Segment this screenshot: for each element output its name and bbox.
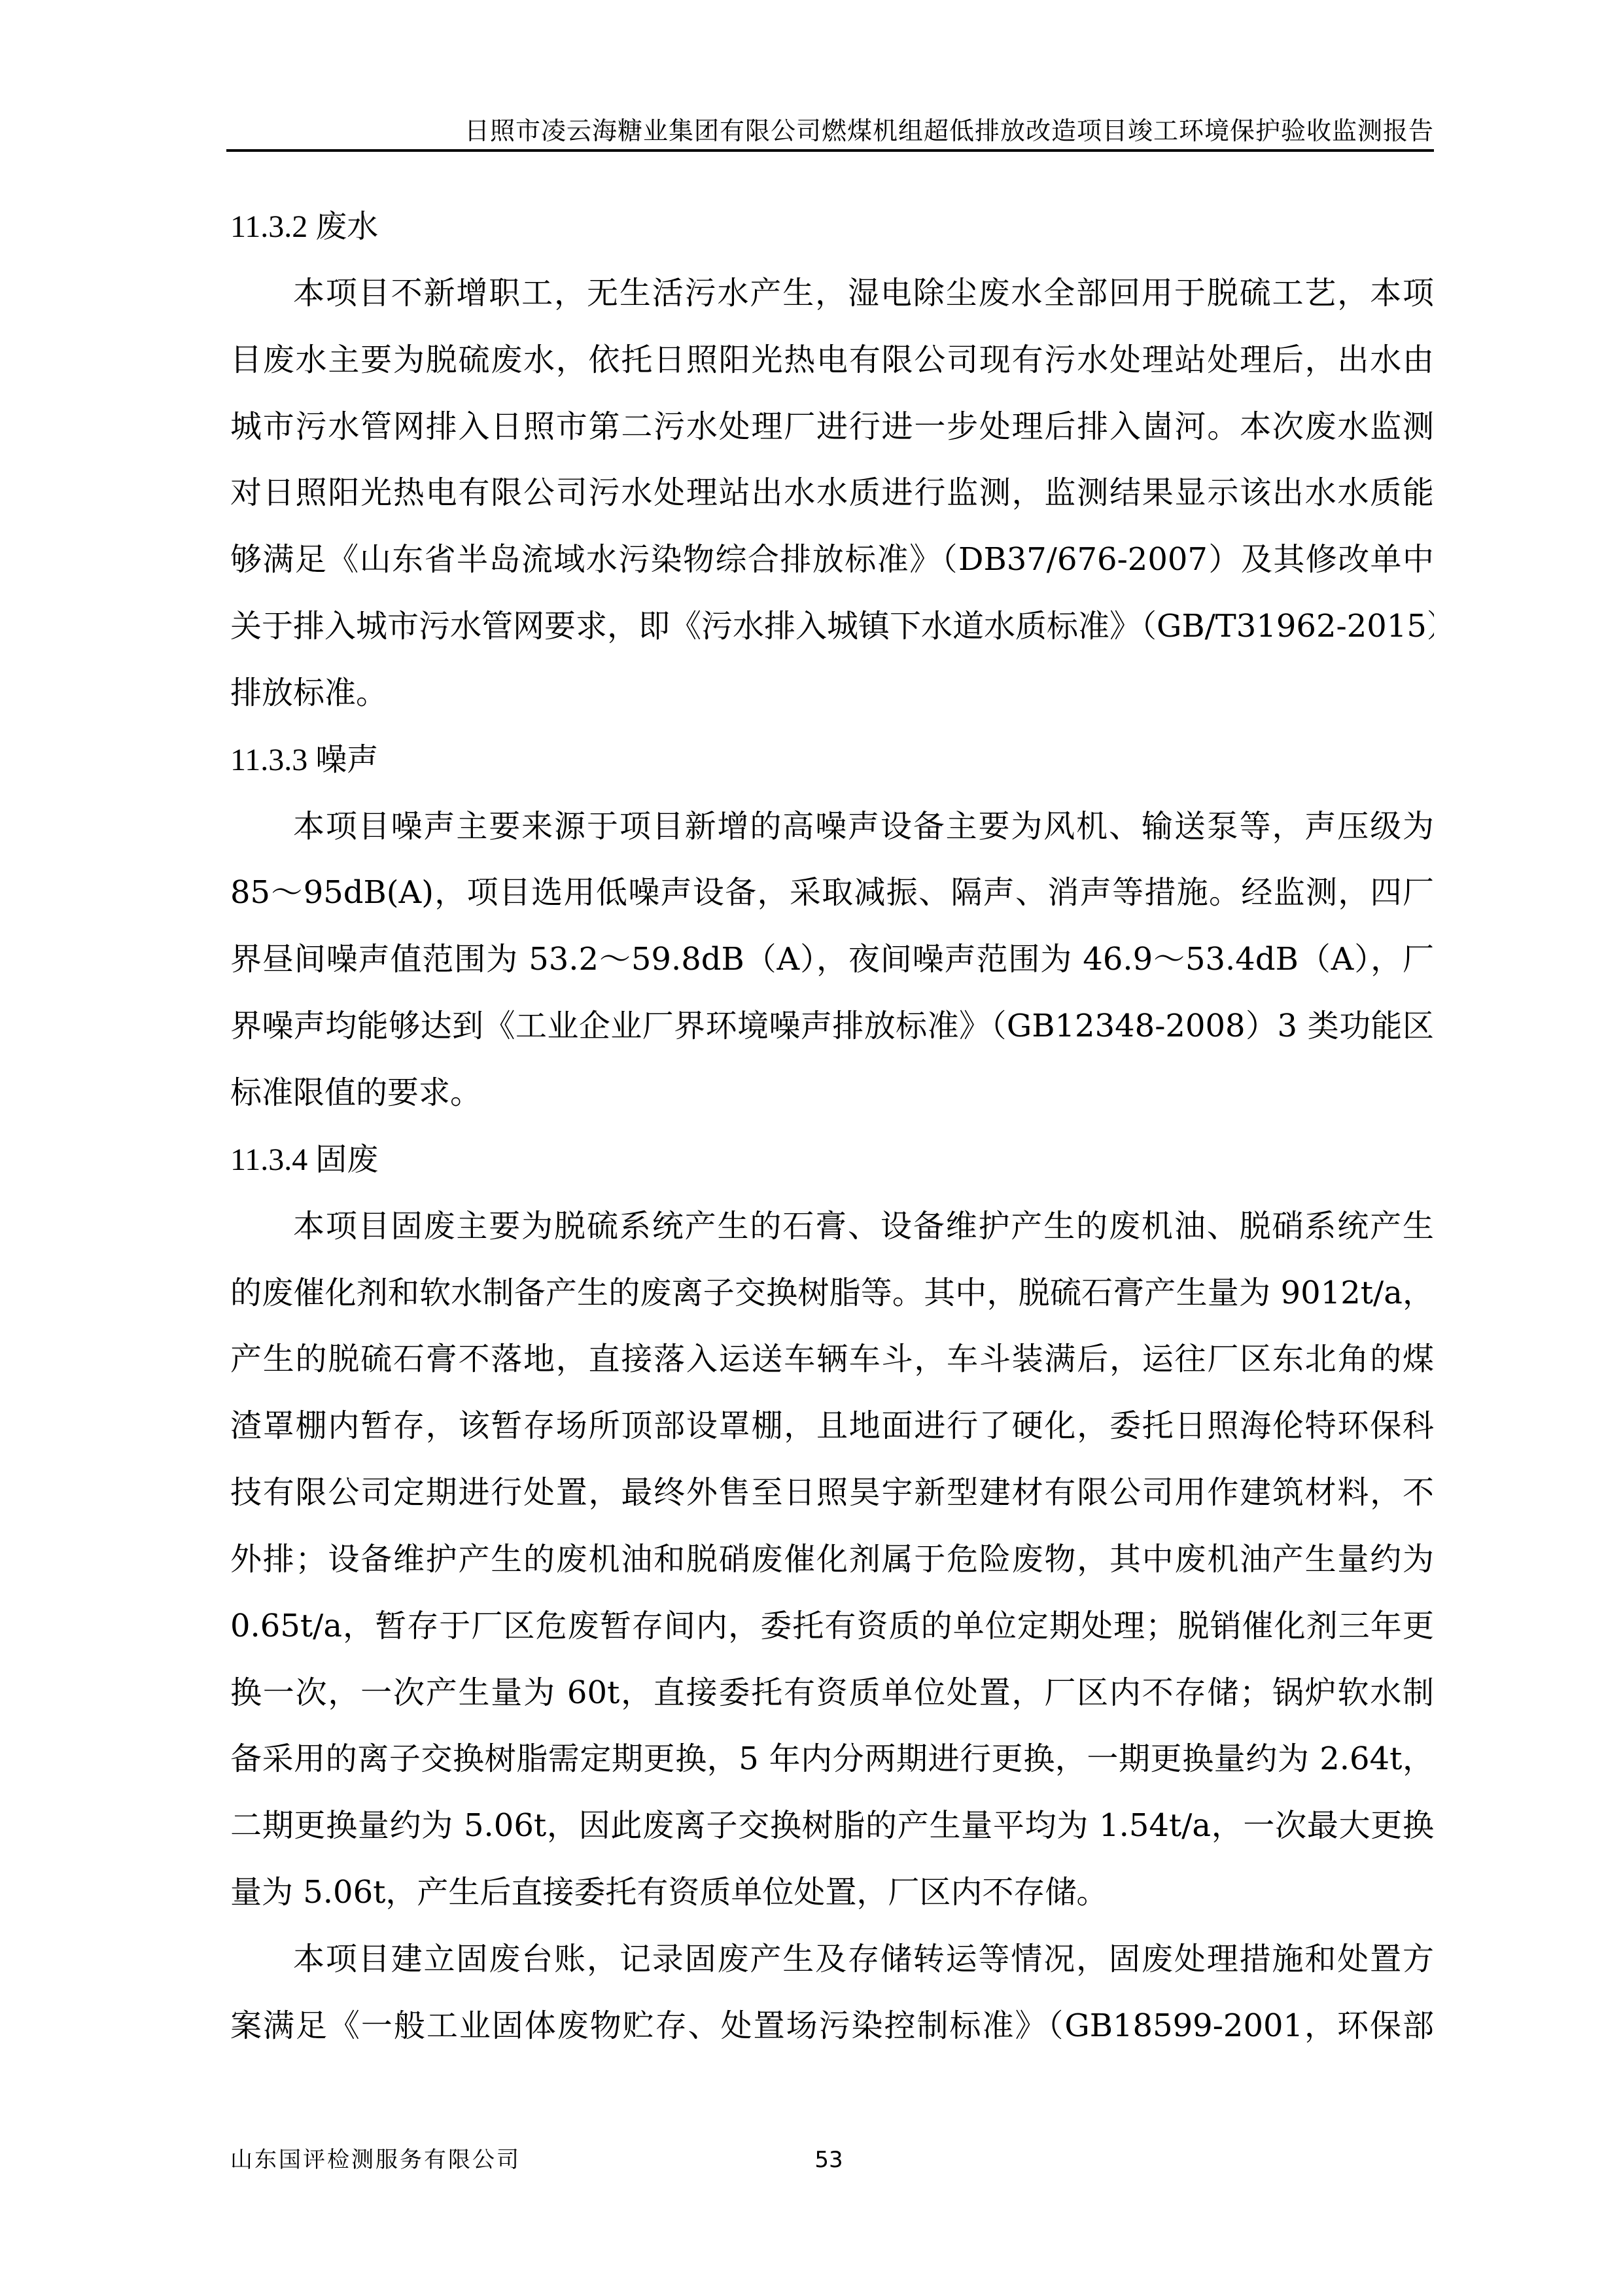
- text-line: 对日照阳光热电有限公司污水处理站出水水质进行监测，监测结果显示该出水水质能: [230, 460, 1434, 527]
- text-line: 本项目不新增职工，无生活污水产生，湿电除尘废水全部回用于脱硫工艺，本项: [230, 260, 1434, 327]
- text-line: 量为 5.06t，产生后直接委托有资质单位处置，厂区内不存储。: [230, 1860, 1434, 1926]
- section-title: 噪声: [315, 741, 378, 778]
- document-body: 11.3.2废水 本项目不新增职工，无生活污水产生，湿电除尘废水全部回用于脱硫工…: [230, 194, 1434, 2060]
- section-heading: 11.3.2废水: [230, 194, 1434, 260]
- section-title: 固废: [315, 1141, 378, 1178]
- text-line: 目废水主要为脱硫废水，依托日照阳光热电有限公司现有污水处理站处理后，出水由: [230, 327, 1434, 394]
- text-line: 城市污水管网排入日照市第二污水处理厂进行进一步处理后排入崮河。本次废水监测: [230, 394, 1434, 461]
- section-number: 11.3.3: [230, 743, 307, 777]
- section-heading: 11.3.3噪声: [230, 727, 1434, 794]
- paragraph: 本项目固废主要为脱硫系统产生的石膏、设备维护产生的废机油、脱硝系统产生 的废催化…: [230, 1193, 1434, 1926]
- header-divider: [226, 149, 1434, 152]
- text-line: 换一次，一次产生量为 60t，直接委托有资质单位处置，厂区内不存储；锅炉软水制: [230, 1660, 1434, 1727]
- text-line: 0.65t/a，暂存于厂区危废暂存间内，委托有资质的单位定期处理；脱销催化剂三年…: [230, 1593, 1434, 1660]
- text-line: 界昼间噪声值范围为 53.2～59.8dB（A），夜间噪声范围为 46.9～53…: [230, 927, 1434, 993]
- text-line: 本项目噪声主要来源于项目新增的高噪声设备主要为风机、输送泵等，声压级为: [230, 794, 1434, 860]
- footer-company: 山东国评检测服务有限公司: [230, 2144, 521, 2176]
- text-line: 外排；设备维护产生的废机油和脱硝废催化剂属于危险废物，其中废机油产生量约为: [230, 1527, 1434, 1593]
- paragraph: 本项目不新增职工，无生活污水产生，湿电除尘废水全部回用于脱硫工艺，本项 目废水主…: [230, 260, 1434, 727]
- text-line: 关于排入城市污水管网要求，即《污水排入城镇下水道水质标准》（GB/T31962-…: [230, 593, 1434, 660]
- section-noise: 11.3.3噪声 本项目噪声主要来源于项目新增的高噪声设备主要为风机、输送泵等，…: [230, 727, 1434, 1127]
- section-solid-waste: 11.3.4固废 本项目固废主要为脱硫系统产生的石膏、设备维护产生的废机油、脱硝…: [230, 1127, 1434, 2060]
- paragraph: 本项目建立固废台账，记录固废产生及存储转运等情况，固废处理措施和处置方 案满足《…: [230, 1926, 1434, 2060]
- text-line: 排放标准。: [230, 660, 1434, 727]
- paragraph: 本项目噪声主要来源于项目新增的高噪声设备主要为风机、输送泵等，声压级为 85～9…: [230, 794, 1434, 1127]
- section-number: 11.3.2: [230, 209, 307, 244]
- text-line: 本项目固废主要为脱硫系统产生的石膏、设备维护产生的废机油、脱硝系统产生: [230, 1193, 1434, 1260]
- text-line: 产生的脱硫石膏不落地，直接落入运送车辆车斗，车斗装满后，运往厂区东北角的煤: [230, 1326, 1434, 1393]
- section-title: 废水: [315, 208, 378, 245]
- text-line: 案满足《一般工业固体废物贮存、处置场污染控制标准》（GB18599-2001，环…: [230, 1993, 1434, 2060]
- text-line: 够满足《山东省半岛流域水污染物综合排放标准》（DB37/676-2007）及其修…: [230, 527, 1434, 593]
- text-line: 技有限公司定期进行处置，最终外售至日照昊宇新型建材有限公司用作建筑材料，不: [230, 1460, 1434, 1527]
- text-line: 备采用的离子交换树脂需定期更换，5 年内分两期进行更换，一期更换量约为 2.64…: [230, 1726, 1434, 1793]
- running-header: 日照市凌云海糖业集团有限公司燃煤机组超低排放改造项目竣工环境保护验收监测报告: [228, 113, 1434, 149]
- text-line: 本项目建立固废台账，记录固废产生及存储转运等情况，固废处理措施和处置方: [230, 1926, 1434, 1993]
- page-number: 53: [811, 2144, 846, 2176]
- text-line: 渣罩棚内暂存，该暂存场所顶部设罩棚，且地面进行了硬化，委托日照海伦特环保科: [230, 1393, 1434, 1460]
- text-line: 标准限值的要求。: [230, 1060, 1434, 1127]
- section-number: 11.3.4: [230, 1142, 307, 1177]
- text-line: 界噪声均能够达到《工业企业厂界环境噪声排放标准》（GB12348-2008）3 …: [230, 993, 1434, 1060]
- section-heading: 11.3.4固废: [230, 1127, 1434, 1193]
- text-line: 的废催化剂和软水制备产生的废离子交换树脂等。其中，脱硫石膏产生量为 9012t/…: [230, 1260, 1434, 1327]
- text-line: 85～95dB(A)，项目选用低噪声设备，采取减振、隔声、消声等措施。经监测，四…: [230, 860, 1434, 927]
- text-line: 二期更换量约为 5.06t，因此废离子交换树脂的产生量平均为 1.54t/a，一…: [230, 1793, 1434, 1860]
- section-wastewater: 11.3.2废水 本项目不新增职工，无生活污水产生，湿电除尘废水全部回用于脱硫工…: [230, 194, 1434, 727]
